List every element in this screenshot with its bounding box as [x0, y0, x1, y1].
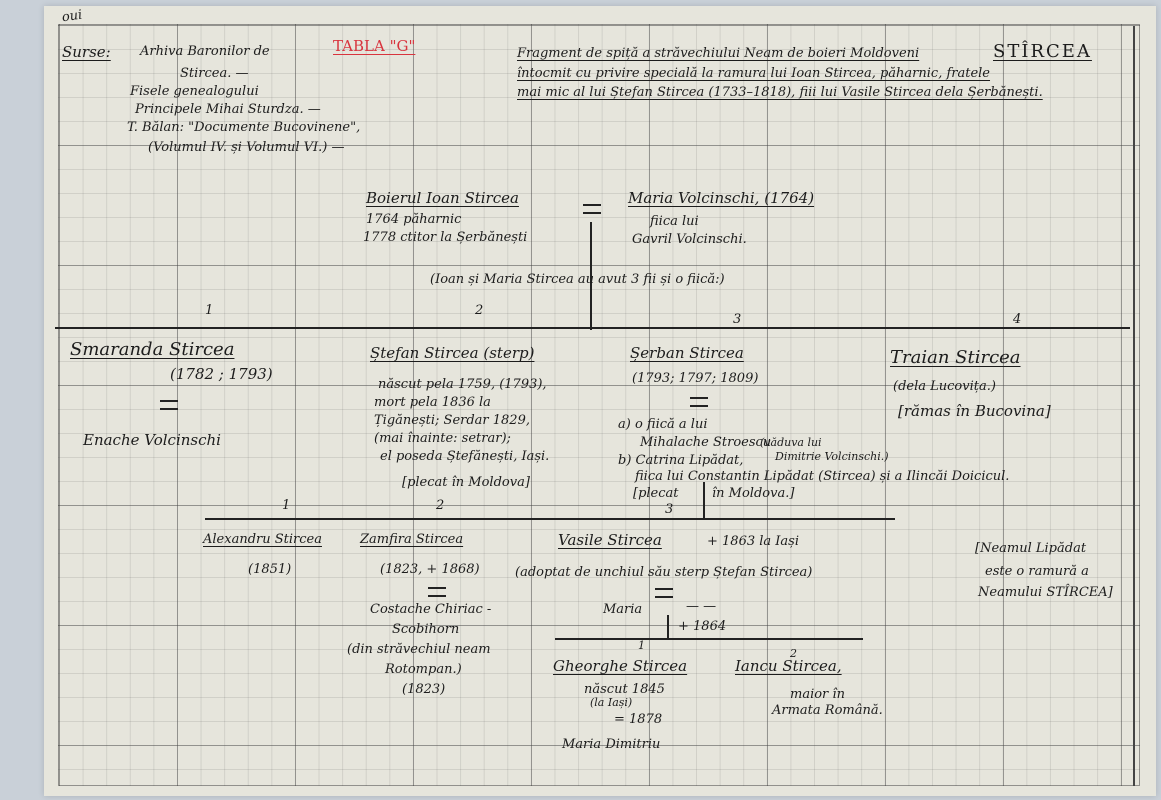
spouse-line: (1823)	[402, 683, 445, 698]
person-name: Ștefan Stircea (sterp)	[370, 345, 534, 362]
child-number: 1	[638, 640, 645, 653]
table-label: TABLA "G"	[333, 38, 415, 55]
widow-note: Dimitrie Volcinschi.)	[775, 451, 889, 464]
person-line: născut pela 1759, (1793),	[378, 378, 547, 393]
spouse-name: Maria	[603, 603, 642, 618]
person-name: Iancu Stircea,	[735, 658, 842, 675]
child-number: 4	[1013, 313, 1021, 328]
spouse-name: Maria Dimitriu	[562, 738, 660, 753]
root-line: 1778 ctitor la Șerbănești	[363, 231, 527, 246]
person-name: Gheorghe Stircea	[553, 658, 687, 675]
person-name: Șerban Stircea	[630, 345, 744, 362]
spouse-line: Gavril Volcinschi.	[632, 233, 747, 248]
marriage-sign	[428, 587, 446, 597]
descent-line	[703, 482, 705, 520]
source-line: (Volumul IV. și Volumul VI.) —	[148, 141, 345, 156]
person-note: [plecat în Moldova]	[402, 476, 530, 491]
person-name: Zamfira Stircea	[360, 533, 463, 548]
spouse-line: b) Catrina Lipădat,	[618, 454, 743, 469]
title-line: întocmit cu privire specială la ramura l…	[517, 67, 990, 82]
spouse-line: Costache Chiriac -	[370, 603, 491, 618]
side-note-line: Neamului STÎRCEA]	[978, 586, 1113, 601]
sibling-line	[205, 518, 895, 520]
marriage-sign	[583, 204, 601, 214]
person-death: + 1863 la Iași	[707, 535, 799, 550]
root-name: Boierul Ioan Stircea	[366, 190, 519, 207]
child-number: 2	[475, 304, 483, 319]
spouse-name: Enache Volcinschi	[83, 432, 221, 449]
child-number: 1	[205, 304, 213, 319]
sibling-line	[555, 638, 863, 640]
person-name: Vasile Stircea	[558, 532, 662, 549]
child-number: 1	[282, 499, 290, 514]
marriage-sign	[160, 400, 178, 410]
sibling-line	[55, 327, 1130, 329]
source-line: T. Bălan: "Documente Bucovinene",	[127, 121, 360, 136]
note-oui: oui	[61, 9, 83, 27]
root-line: 1764 păharnic	[366, 213, 461, 228]
source-line: Arhiva Baronilor de	[140, 45, 270, 60]
source-line: Stircea. —	[180, 67, 249, 82]
person-note: în Moldova.]	[712, 487, 794, 502]
person-line: el poseda Ștefănești, Iași.	[380, 450, 549, 465]
person-note: [plecat	[633, 487, 679, 502]
person-dates: (1793; 1797; 1809)	[632, 372, 758, 387]
source-line: Principele Mihai Sturdza. —	[135, 103, 321, 118]
spouse-line: fiica lui Constantin Lipădat (Stircea) ș…	[635, 470, 1009, 485]
person-line: = 1878	[614, 713, 662, 728]
children-note: (Ioan și Maria Stircea au avut 3 fii și …	[430, 273, 725, 288]
sources-label: Surse:	[62, 44, 111, 61]
descent-line	[667, 615, 669, 639]
spouse-death: + 1864	[678, 620, 726, 635]
spouse-line: a) o fiică a lui	[618, 418, 707, 433]
side-note-line: este o ramură a	[985, 565, 1089, 580]
person-dates: (1782 ; 1793)	[170, 366, 273, 383]
side-note-line: [Neamul Lipădat	[975, 542, 1086, 557]
person-note: (adoptat de unchiul său sterp Ștefan Sti…	[515, 566, 812, 581]
person-line: mort pela 1836 la	[374, 396, 491, 411]
family-name: STÎRCEA	[993, 42, 1092, 63]
person-note: [rămas în Bucovina]	[898, 403, 1051, 420]
person-line: (mai înainte: setrar);	[374, 432, 511, 447]
child-number: 2	[436, 499, 444, 514]
spouse-dash: — —	[686, 600, 716, 615]
person-line: (dela Lucovița.)	[893, 380, 996, 395]
spouse-line: Rotompan.)	[385, 663, 462, 678]
spouse-line: Mihalache Stroescu	[640, 436, 771, 451]
person-name: Smaranda Stircea	[70, 340, 234, 361]
right-margin-line	[1133, 26, 1135, 786]
title-line: Fragment de spiță a străvechiului Neam d…	[517, 47, 919, 62]
widow-note: (văduva lui	[760, 437, 822, 450]
spouse-line: Scobihorn	[392, 623, 459, 638]
person-name: Traian Stircea	[890, 348, 1021, 369]
person-line: maior în	[790, 688, 845, 703]
person-line: (la Iași)	[590, 697, 632, 710]
spouse-line: (din străvechiul neam	[347, 643, 491, 658]
source-line: Fisele genealogului	[130, 85, 259, 100]
root-spouse: Maria Volcinschi, (1764)	[628, 190, 814, 207]
child-number: 3	[665, 503, 673, 518]
title-line: mai mic al lui Ștefan Stircea (1733–1818…	[517, 86, 1043, 101]
spouse-line: fiica lui	[650, 215, 699, 230]
marriage-sign	[655, 588, 673, 598]
person-name: Alexandru Stircea	[203, 533, 322, 548]
person-line: Țigănești; Serdar 1829,	[374, 414, 530, 429]
child-number: 3	[733, 313, 741, 328]
marriage-sign	[690, 397, 708, 407]
person-dates: (1823, + 1868)	[380, 563, 480, 578]
person-line: Armata Română.	[772, 704, 883, 719]
person-dates: (1851)	[248, 563, 291, 578]
